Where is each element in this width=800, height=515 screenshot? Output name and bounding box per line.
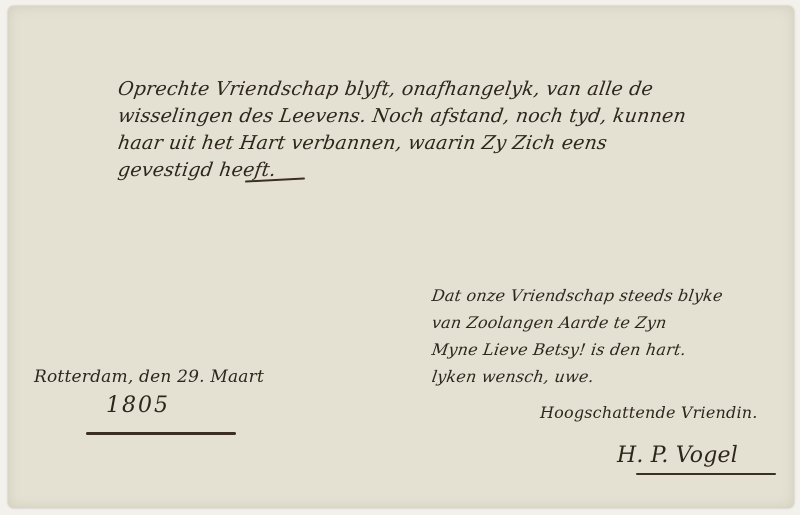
- signature-underline: [636, 473, 776, 475]
- inscription-line: haar uit het Hart verbannen, waarin Zy Z…: [116, 130, 688, 157]
- verse-block: Dat onze Vriendschap steeds blyke van Zo…: [432, 282, 723, 390]
- closing-line: Hoogschattende Vriendin.: [540, 403, 758, 422]
- date-underline: [86, 432, 236, 435]
- verse-line: van Zoolangen Aarde te Zyn: [430, 309, 725, 336]
- verse-line: Dat onze Vriendschap steeds blyke: [430, 282, 725, 309]
- verse-line: Myne Lieve Betsy! is den hart.: [430, 336, 725, 363]
- inscription-line: Oprechte Vriendschap blyft, onafhangelyk…: [116, 76, 688, 103]
- place-date: Rotterdam, den 29. Maart: [34, 367, 264, 387]
- inscription-line: gevestigd heeft.: [116, 157, 688, 184]
- main-inscription: Oprechte Vriendschap blyft, onafhangelyk…: [118, 76, 686, 184]
- inscription-line: wisselingen des Leevens. Noch afstand, n…: [116, 103, 688, 130]
- verse-line: lyken wensch, uwe.: [430, 363, 725, 390]
- signature: H. P. Vogel: [617, 443, 738, 468]
- year: 1805: [106, 393, 170, 418]
